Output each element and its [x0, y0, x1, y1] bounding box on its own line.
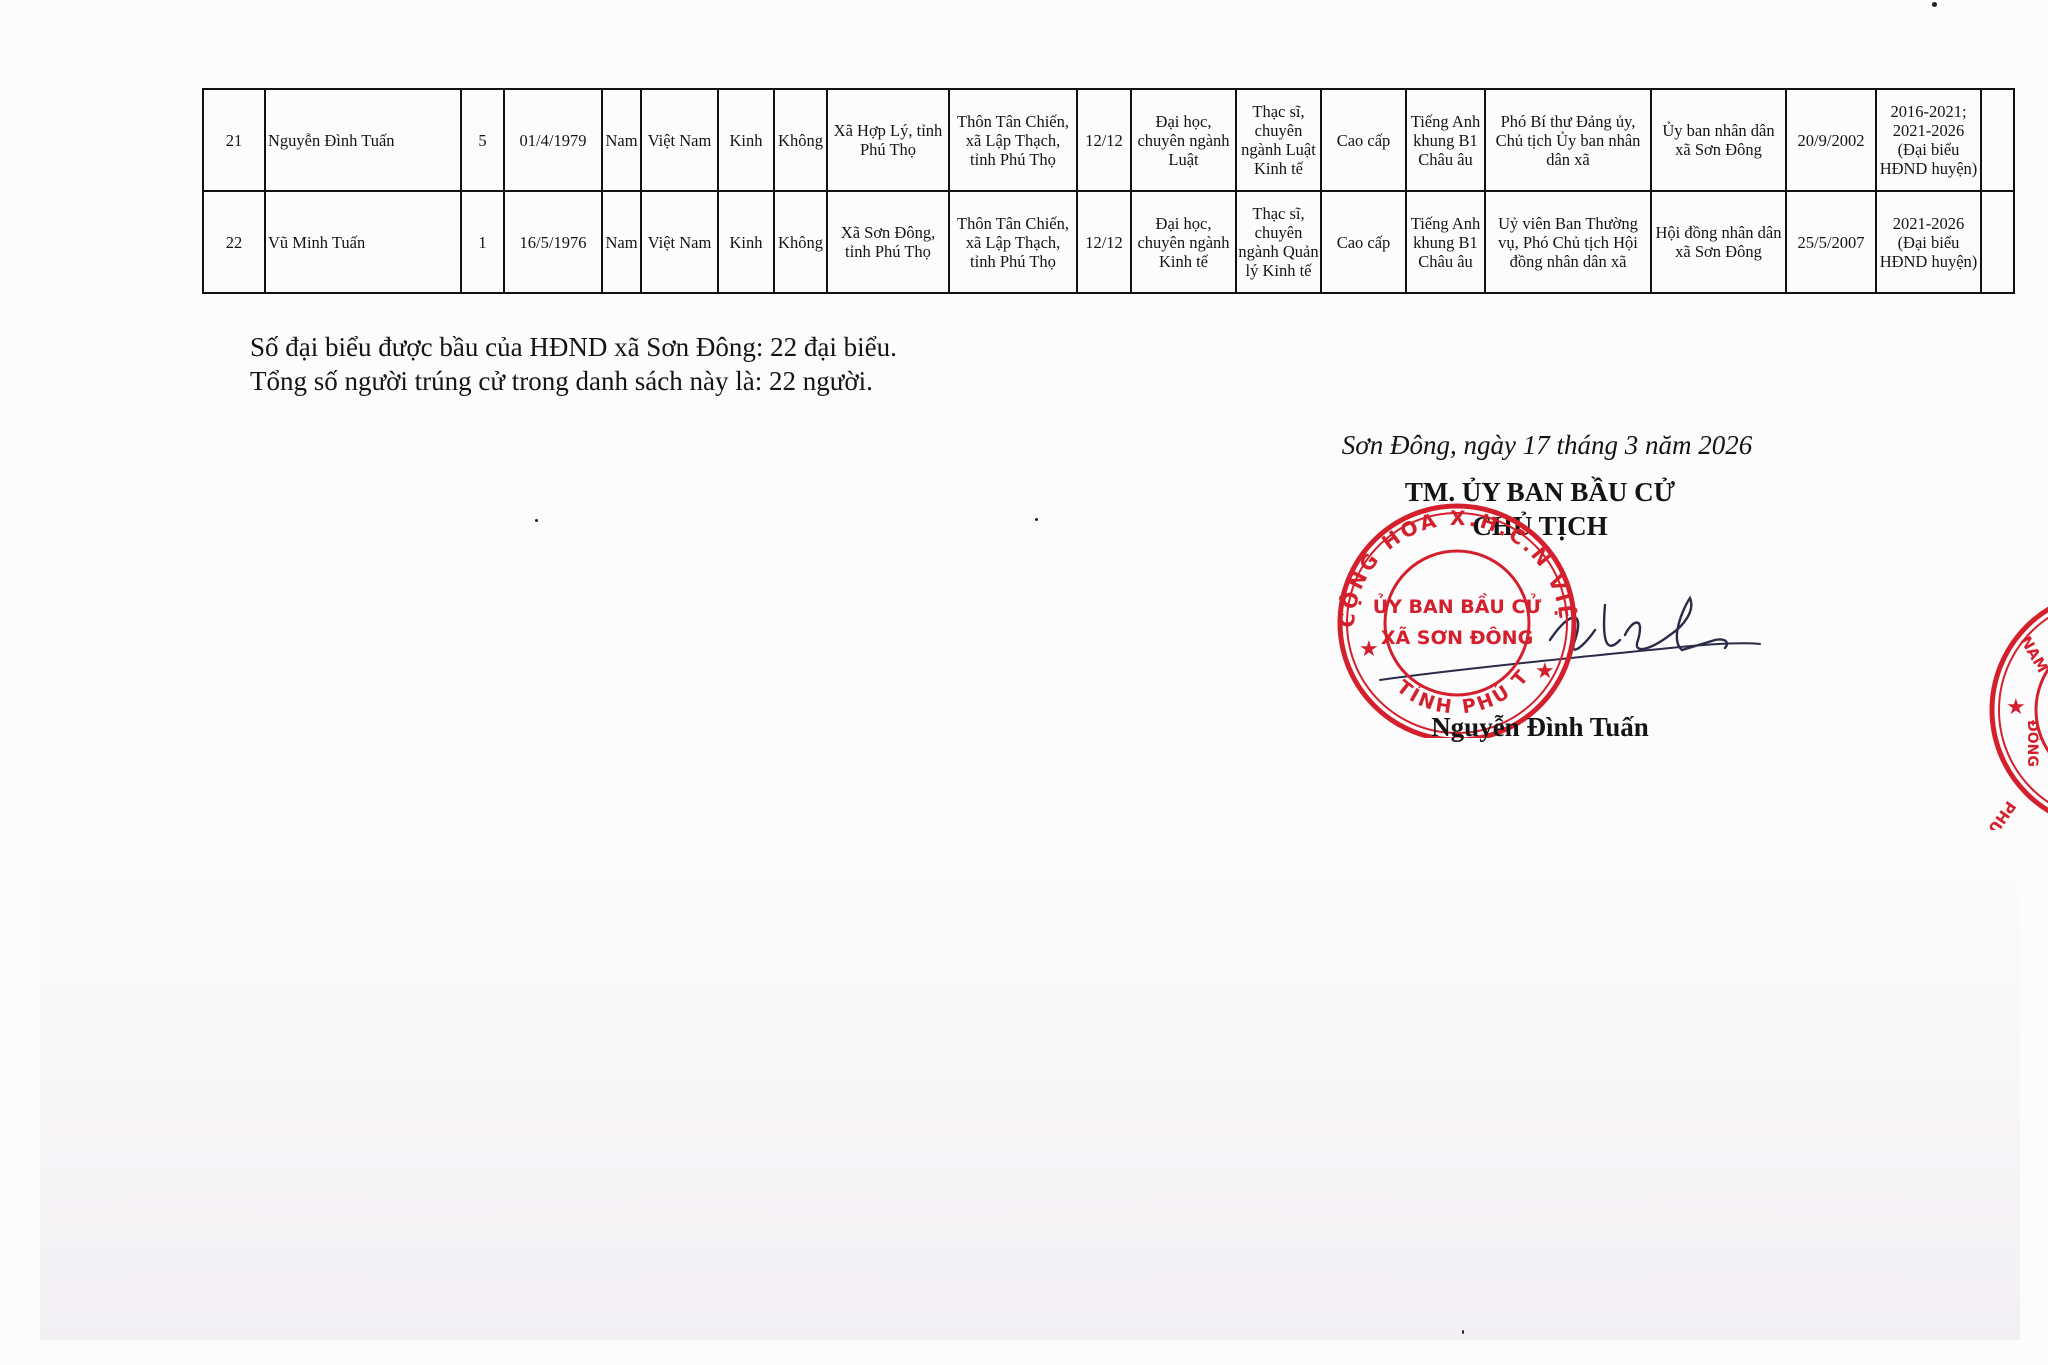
svg-text:PHÚ THỌ: PHÚ THỌ: [1961, 798, 2020, 830]
cell-foreign-language: Tiếng Anh khung B1 Châu âu: [1406, 191, 1485, 293]
cell-position: Uỷ viên Ban Thường vụ, Phó Chủ tịch Hội …: [1485, 191, 1651, 293]
svg-text:XÃ SƠN ĐÔNG: XÃ SƠN ĐÔNG: [1381, 625, 1533, 649]
cell-council-terms: 2016-2021; 2021-2026 (Đại biểu HĐND huyệ…: [1876, 89, 1981, 191]
cell-notes: [1981, 89, 2014, 191]
cell-degree: Thạc sĩ, chuyên ngành Quản lý Kinh tế: [1236, 191, 1321, 293]
cell-degree: Thạc sĩ, chuyên ngành Luật Kinh tế: [1236, 89, 1321, 191]
summary-elected-total: Tổng số người trúng cử trong danh sách n…: [250, 364, 897, 398]
svg-text:NAM: NAM: [2017, 633, 2048, 676]
svg-text:ỦY BAN BẦU CỬ: ỦY BAN BẦU CỬ: [1373, 592, 1542, 618]
cell-residence: Thôn Tân Chiến, xã Lập Thạch, tỉnh Phú T…: [949, 191, 1077, 293]
signer-name: Nguyễn Đình Tuấn: [1300, 712, 1780, 743]
scan-speck: [1932, 2, 1937, 7]
cell-political-theory: Cao cấp: [1321, 191, 1406, 293]
cell-workplace: Ủy ban nhân dân xã Sơn Đông: [1651, 89, 1786, 191]
cell-party-join-date: 25/5/2007: [1786, 191, 1876, 293]
cell-gender: Nam: [602, 191, 641, 293]
svg-text:ĐÔNG: ĐÔNG: [2024, 720, 2042, 767]
cell-unit: 1: [461, 191, 504, 293]
cell-religion: Không: [774, 89, 827, 191]
cell-workplace: Hội đồng nhân dân xã Sơn Đông: [1651, 191, 1786, 293]
place-date: Sơn Đông, ngày 17 tháng 3 năm 2026: [1312, 430, 1782, 461]
svg-text:★: ★: [1359, 637, 1379, 662]
cell-religion: Không: [774, 191, 827, 293]
table-row: 21 Nguyễn Đình Tuấn 5 01/4/1979 Nam Việt…: [203, 89, 2014, 191]
cell-general-education: 12/12: [1077, 89, 1131, 191]
partial-seal-icon: NAM ĐÔNG PHÚ THỌ ★: [1950, 590, 2048, 830]
cell-name: Nguyễn Đình Tuấn: [265, 89, 461, 191]
cell-foreign-language: Tiếng Anh khung B1 Châu âu: [1406, 89, 1485, 191]
cell-unit: 5: [461, 89, 504, 191]
paper-shading: [40, 780, 2020, 1340]
cell-professional: Đại học, chuyên ngành Luật: [1131, 89, 1236, 191]
cell-name: Vũ Minh Tuấn: [265, 191, 461, 293]
scan-speck: [1035, 518, 1038, 521]
cell-gender: Nam: [602, 89, 641, 191]
cell-dob: 01/4/1979: [504, 89, 602, 191]
svg-text:★: ★: [1535, 659, 1555, 684]
elected-members-table: 21 Nguyễn Đình Tuấn 5 01/4/1979 Nam Việt…: [202, 88, 2015, 294]
cell-hometown: Xã Sơn Đông, tỉnh Phú Thọ: [827, 191, 949, 293]
svg-text:★: ★: [2006, 695, 2026, 720]
cell-dob: 16/5/1976: [504, 191, 602, 293]
cell-ethnicity: Kinh: [718, 191, 774, 293]
cell-stt: 21: [203, 89, 265, 191]
official-seal-icon: CỘNG HOÀ X.H.C.N VIỆT NAM TỈNH PHÚ THỌ Ủ…: [1322, 498, 1592, 738]
cell-position: Phó Bí thư Đảng ủy, Chủ tịch Ủy ban nhân…: [1485, 89, 1651, 191]
cell-professional: Đại học, chuyên ngành Kinh tế: [1131, 191, 1236, 293]
cell-party-join-date: 20/9/2002: [1786, 89, 1876, 191]
cell-council-terms: 2021-2026 (Đại biểu HĐND huyện): [1876, 191, 1981, 293]
cell-stt: 22: [203, 191, 265, 293]
cell-nationality: Việt Nam: [641, 191, 718, 293]
table-row: 22 Vũ Minh Tuấn 1 16/5/1976 Nam Việt Nam…: [203, 191, 2014, 293]
scan-speck: [1462, 1330, 1464, 1334]
cell-residence: Thôn Tân Chiến, xã Lập Thạch, tỉnh Phú T…: [949, 89, 1077, 191]
cell-ethnicity: Kinh: [718, 89, 774, 191]
cell-notes: [1981, 191, 2014, 293]
cell-political-theory: Cao cấp: [1321, 89, 1406, 191]
summary-block: Số đại biểu được bầu của HĐND xã Sơn Đôn…: [250, 330, 897, 398]
cell-hometown: Xã Hợp Lý, tỉnh Phú Thọ: [827, 89, 949, 191]
cell-nationality: Việt Nam: [641, 89, 718, 191]
cell-general-education: 12/12: [1077, 191, 1131, 293]
scan-speck: [535, 519, 538, 522]
summary-delegate-count: Số đại biểu được bầu của HĐND xã Sơn Đôn…: [250, 330, 897, 364]
